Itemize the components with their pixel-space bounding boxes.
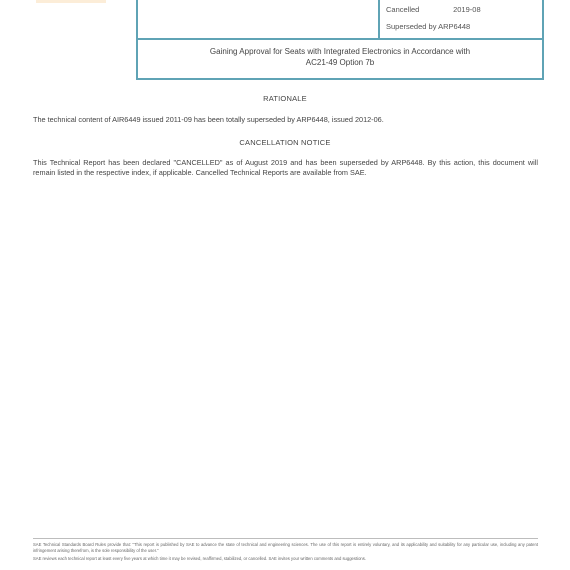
rationale-text: The technical content of AIR6449 issued … bbox=[33, 115, 538, 125]
rationale-heading: RATIONALE bbox=[0, 94, 570, 103]
document-header-box: Cancelled 2019-08 Superseded by ARP6448 … bbox=[136, 0, 544, 80]
footer-disclaimer: SAE Technical Standards Board Rules prov… bbox=[33, 542, 538, 553]
cancellation-text: This Technical Report has been declared … bbox=[33, 158, 538, 178]
sae-logo bbox=[36, 0, 106, 3]
status-row: Cancelled 2019-08 bbox=[386, 5, 481, 14]
header-left-cell bbox=[138, 0, 380, 38]
cancellation-heading: CANCELLATION NOTICE bbox=[0, 138, 570, 147]
status-label: Cancelled bbox=[386, 5, 451, 14]
document-title-line-1: Gaining Approval for Seats with Integrat… bbox=[138, 46, 542, 57]
document-title: Gaining Approval for Seats with Integrat… bbox=[138, 46, 542, 68]
superseded-by: Superseded by ARP6448 bbox=[386, 22, 470, 31]
document-title-line-2: AC21-49 Option 7b bbox=[138, 57, 542, 68]
status-date: 2019-08 bbox=[453, 5, 481, 14]
footer-divider bbox=[33, 538, 538, 539]
footer-review-notice: SAE reviews each technical report at lea… bbox=[33, 556, 538, 562]
header-status-cell: Cancelled 2019-08 Superseded by ARP6448 bbox=[380, 0, 542, 38]
header-top-row: Cancelled 2019-08 Superseded by ARP6448 bbox=[138, 0, 542, 40]
